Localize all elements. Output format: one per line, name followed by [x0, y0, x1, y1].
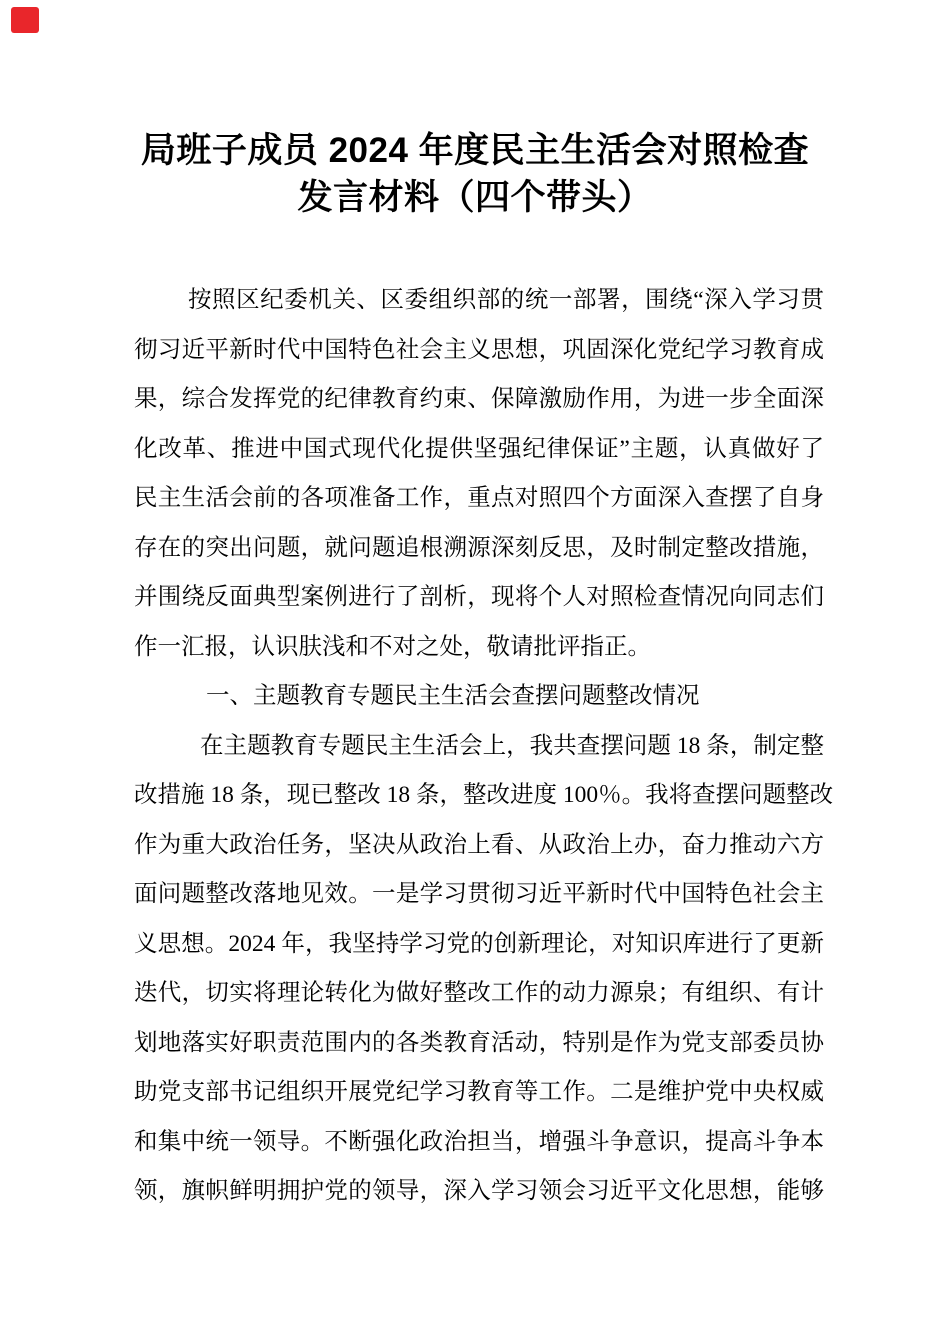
text-line: 改措施 18 条，现已整改 18 条，整改进度 100％。我将查摆问题整改 [134, 771, 824, 821]
document-page: 局班子成员 2024 年度民主生活会对照检查 发言材料（四个带头） 按照区纪委机… [0, 0, 950, 1344]
text-line: 义思想。2024 年，我坚持学习党的创新理论，对知识库进行了更新 [134, 920, 824, 970]
text-line: 面问题整改落地见效。一是学习贯彻习近平新时代中国特色社会主 [134, 870, 824, 920]
text-line: 民主生活会前的各项准备工作，重点对照四个方面深入查摆了自身 [134, 474, 824, 524]
text-line: 领，旗帜鲜明拥护党的领导，深入学习领会习近平文化思想，能够 [134, 1167, 824, 1217]
text-line: 按照区纪委机关、区委组织部的统一部署，围绕“深入学习贯 [134, 276, 824, 326]
section-1-paragraph: 在主题教育专题民主生活会上，我共查摆问题 18 条，制定整改措施 18 条，现已… [134, 722, 824, 1217]
document-title-line-1: 局班子成员 2024 年度民主生活会对照检查 [0, 127, 950, 174]
document-title: 局班子成员 2024 年度民主生活会对照检查 发言材料（四个带头） [0, 127, 950, 221]
text-line: 划地落实好职责范围内的各类教育活动，特别是作为党支部委员协 [134, 1019, 824, 1069]
section-heading-1: 一、主题教育专题民主生活会查摆问题整改情况 [134, 672, 824, 722]
text-line: 作为重大政治任务，坚决从政治上看、从政治上办，奋力推动六方 [134, 821, 824, 871]
text-line: 存在的突出问题，就问题追根溯源深刻反思，及时制定整改措施， [134, 524, 824, 574]
text-line: 在主题教育专题民主生活会上，我共查摆问题 18 条，制定整 [134, 722, 824, 772]
text-line: 并围绕反面典型案例进行了剖析，现将个人对照检查情况向同志们 [134, 573, 824, 623]
text-line: 助党支部书记组织开展党纪学习教育等工作。二是维护党中央权威 [134, 1068, 824, 1118]
text-line: 和集中统一领导。不断强化政治担当，增强斗争意识，提高斗争本 [134, 1118, 824, 1168]
text-line: 迭代，切实将理论转化为做好整改工作的动力源泉；有组织、有计 [134, 969, 824, 1019]
document-title-line-2: 发言材料（四个带头） [0, 174, 950, 221]
text-line: 化改革、推进中国式现代化提供坚强纪律保证”主题，认真做好了 [134, 425, 824, 475]
text-line: 彻习近平新时代中国特色社会主义思想，巩固深化党纪学习教育成 [134, 326, 824, 376]
text-line: 果，综合发挥党的纪律教育约束、保障激励作用，为进一步全面深 [134, 375, 824, 425]
opening-paragraph: 按照区纪委机关、区委组织部的统一部署，围绕“深入学习贯彻习近平新时代中国特色社会… [134, 276, 824, 672]
red-corner-marker [11, 7, 39, 33]
document-body: 按照区纪委机关、区委组织部的统一部署，围绕“深入学习贯彻习近平新时代中国特色社会… [134, 276, 824, 1217]
text-line: 作一汇报，认识肤浅和不对之处，敬请批评指正。 [134, 623, 824, 673]
text-line: 一、主题教育专题民主生活会查摆问题整改情况 [134, 672, 824, 722]
